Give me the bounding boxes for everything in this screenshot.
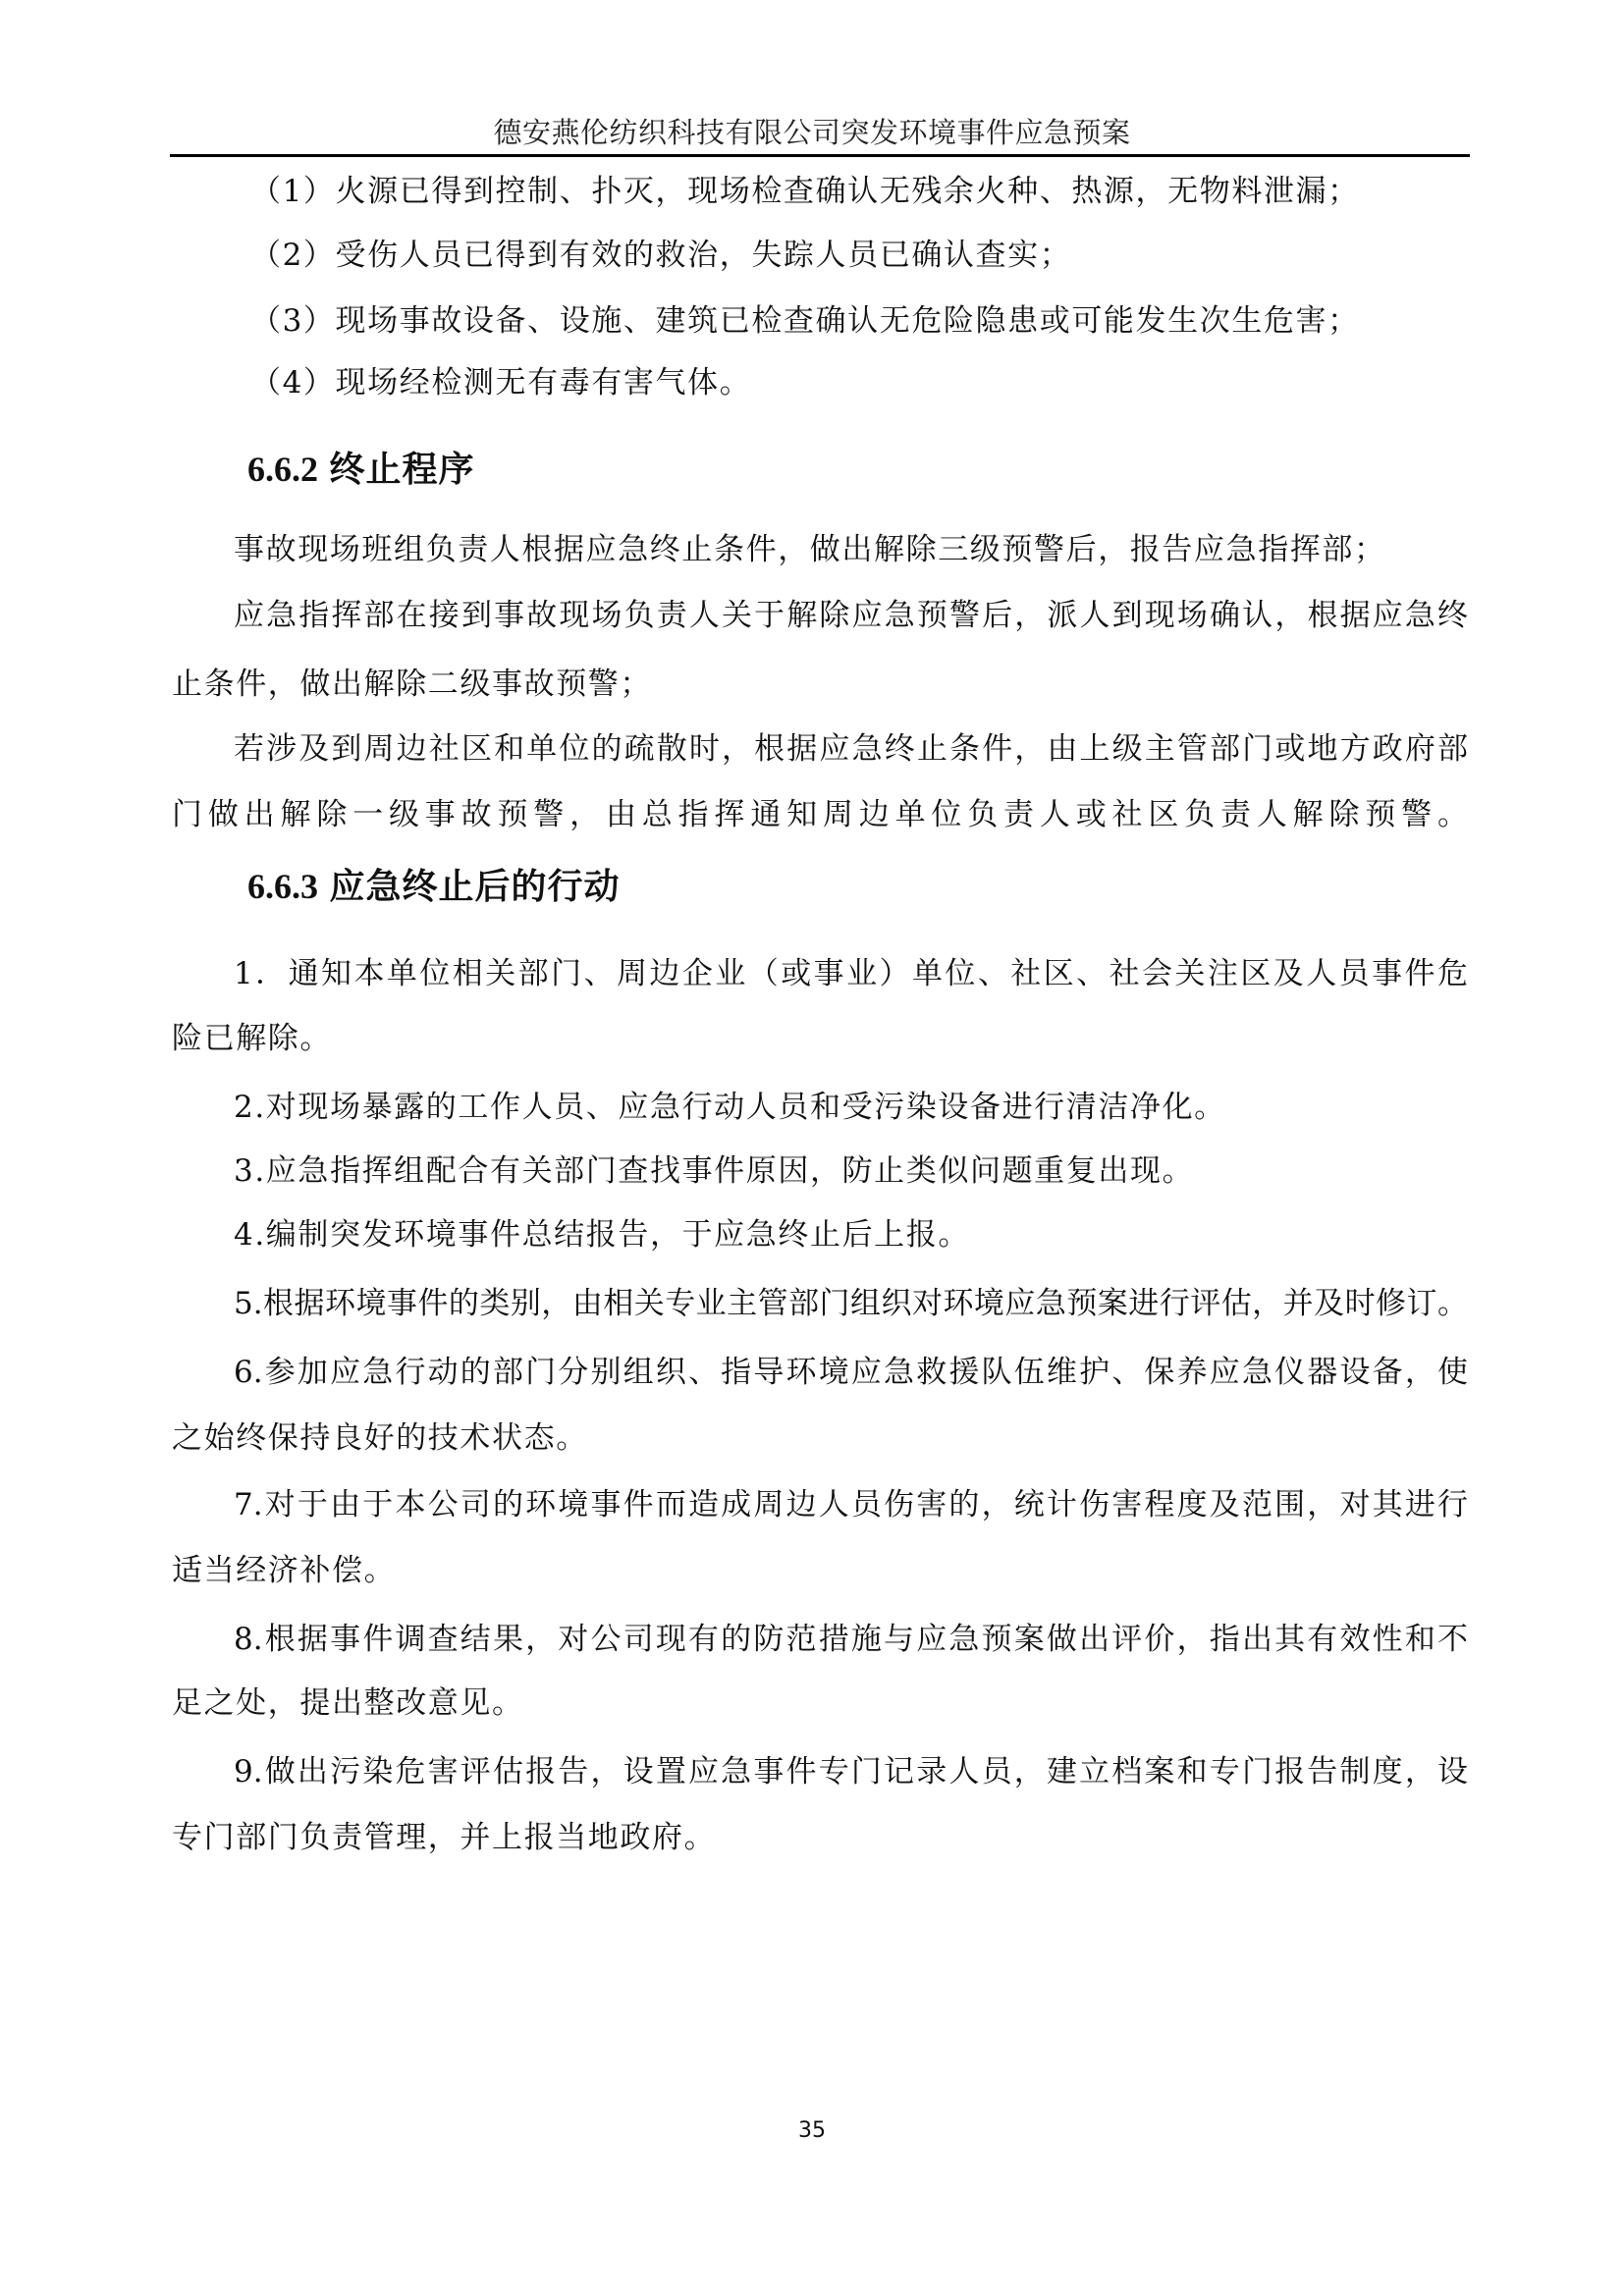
action-item-6: 6.参加应急行动的部门分别组织、指导环境应急救援队伍维护、保养应急仪器设备，使 xyxy=(234,1353,1468,1392)
action-item-2: 2.对现场暴露的工作人员、应急行动人员和受污染设备进行清洁净化。 xyxy=(234,1088,1226,1127)
paragraph-line: 应急指挥部在接到事故现场负责人关于解除应急预警后，派人到现场确认，根据应急终 xyxy=(234,596,1468,635)
section-heading-6-6-3: 6.6.3 应急终止后的行动 xyxy=(247,864,620,910)
running-header-title: 德安燕伦纺织科技有限公司突发环境事件应急预案 xyxy=(0,114,1624,151)
condition-item-2: （2）受伤人员已得到有效的救治，失踪人员已确认查实； xyxy=(250,236,1071,275)
action-item-9: 9.做出污染危害评估报告，设置应急事件专门记录人员，建立档案和专门报告制度，设 xyxy=(234,1752,1468,1791)
action-item-5: 5.根据环境事件的类别，由相关专业主管部门组织对环境应急预案进行评估，并及时修订… xyxy=(234,1284,1468,1323)
action-item-8-cont: 足之处，提出整改意见。 xyxy=(172,1683,524,1723)
action-item-8: 8.根据事件调查结果，对公司现有的防范措施与应急预案做出评价，指出其有效性和不 xyxy=(234,1620,1468,1659)
action-item-1-cont: 险已解除。 xyxy=(172,1019,332,1058)
action-item-6-cont: 之始终保持良好的技术状态。 xyxy=(172,1418,588,1458)
paragraph-line: 止条件，做出解除二级事故预警； xyxy=(172,665,652,704)
action-item-7: 7.对于由于本公司的环境事件而造成周边人员伤害的，统计伤害程度及范围，对其进行 xyxy=(234,1485,1468,1524)
action-item-4: 4.编制突发环境事件总结报告，于应急终止后上报。 xyxy=(234,1215,970,1255)
paragraph-line: 门做出解除一级事故预警，由总指挥通知周边单位负责人或社区负责人解除预警。 xyxy=(172,795,1468,834)
action-item-9-cont: 专门部门负责管理，并上报当地政府。 xyxy=(172,1818,716,1857)
paragraph-line: 若涉及到周边社区和单位的疏散时，根据应急终止条件，由上级主管部门或地方政府部 xyxy=(234,729,1468,769)
condition-item-4: （4）现场经检测无有毒有害气体。 xyxy=(250,363,751,402)
section-title: 应急终止后的行动 xyxy=(329,867,620,907)
section-number: 6.6.2 xyxy=(247,450,318,489)
header-divider xyxy=(170,154,1470,157)
page-number: 35 xyxy=(0,2116,1624,2146)
section-title: 终止程序 xyxy=(329,450,474,490)
condition-item-1: （1）火源已得到控制、扑灭，现场检查确认无残余火种、热源，无物料泄漏； xyxy=(250,172,1360,211)
action-item-1: 1．通知本单位相关部门、周边企业（或事业）单位、社区、社会关注区及人员事件危 xyxy=(234,954,1468,993)
section-heading-6-6-2: 6.6.2 终止程序 xyxy=(247,447,474,493)
action-item-7-cont: 适当经济补偿。 xyxy=(172,1551,396,1590)
paragraph-line: 事故现场班组负责人根据应急终止条件，做出解除三级预警后，报告应急指挥部； xyxy=(234,530,1386,569)
section-number: 6.6.3 xyxy=(247,867,318,906)
condition-item-3: （3）现场事故设备、设施、建筑已检查确认无危险隐患或可能发生次生危害； xyxy=(250,301,1360,341)
action-item-3: 3.应急指挥组配合有关部门查找事件原因，防止类似问题重复出现。 xyxy=(234,1151,1194,1191)
